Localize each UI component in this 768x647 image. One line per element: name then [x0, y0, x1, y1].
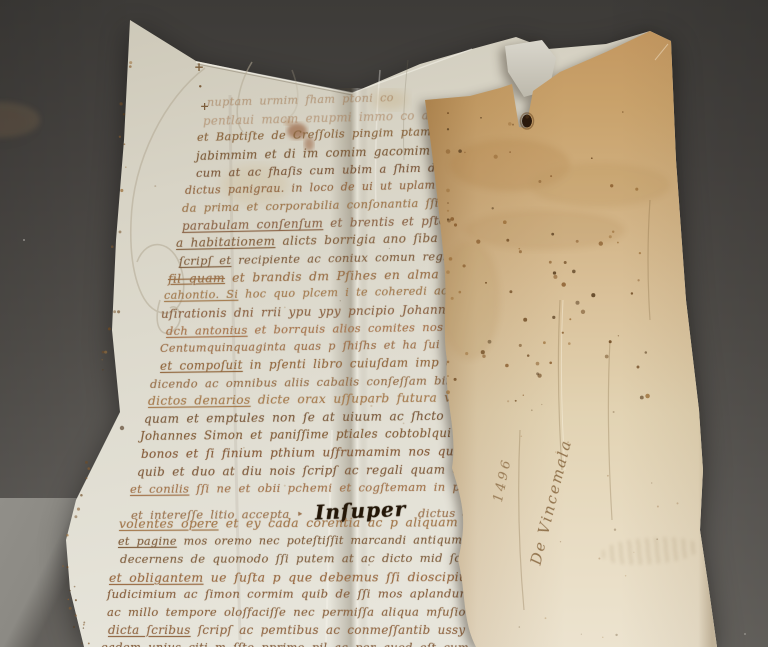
photo-stage: nuptam urmim fham ptoni copentlaui macm … — [0, 0, 768, 647]
